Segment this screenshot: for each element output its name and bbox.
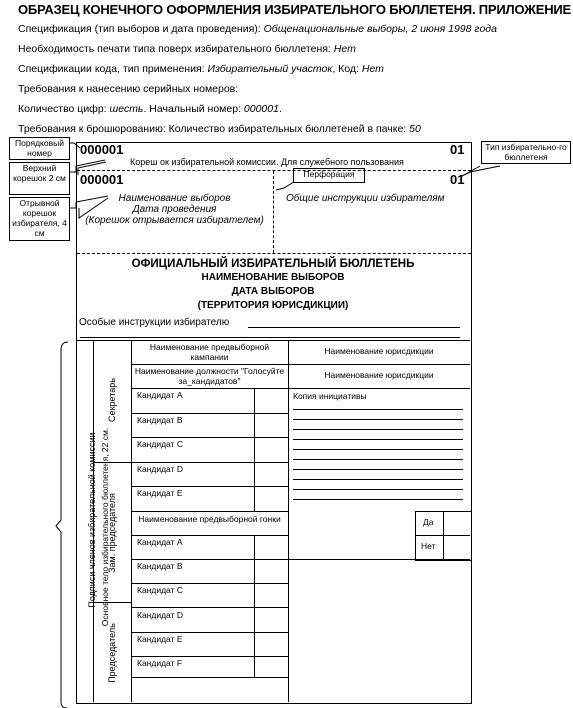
special-instructions-line-1[interactable] — [248, 327, 460, 328]
candidate-a-2: Кандидат A — [137, 537, 183, 547]
no-vote-box[interactable] — [444, 536, 470, 559]
candidate-e-2: Кандидат E — [137, 634, 183, 644]
ballot-type-top: 01 — [450, 142, 464, 157]
perforation-line-vertical — [273, 171, 274, 253]
spec-binding: Требования к брошюрованию: Количество из… — [18, 123, 421, 135]
grid-top — [77, 340, 470, 341]
stub-caption: Кореш ок избирательной комиссии. Для слу… — [130, 157, 404, 167]
ballot-heading: ОФИЦИАЛЬНЫЙ ИЗБИРАТЕЛЬНЫЙ БЮЛЛЕТЕНЬ НАИМ… — [76, 257, 470, 313]
candidate-b-2: Кандидат B — [137, 561, 183, 571]
candidate-d-2: Кандидат D — [137, 610, 183, 620]
special-instructions-line-2[interactable] — [80, 337, 460, 338]
ballot-type-stub: 01 — [450, 172, 464, 187]
campaign-name: Наименование предвыборной кампании — [131, 342, 288, 362]
role-deputy: Зам. председателя — [107, 483, 117, 583]
candidate-c-1: Кандидат C — [137, 439, 183, 449]
role-chair: Председатель — [107, 603, 117, 703]
special-instructions-label: Особые инструкции избирателю — [79, 317, 229, 328]
callout-top-stub: Верхний корешок 2 см — [9, 162, 70, 195]
race-name: Наименование предвыборной гонки — [131, 514, 288, 524]
spec-code: Спецификации кода, тип применения: Избир… — [18, 63, 384, 75]
grid-col-mid — [288, 340, 289, 702]
candidate-b-1: Кандидат B — [137, 415, 183, 425]
candidate-c-2: Кандидат C — [137, 585, 183, 595]
perforation-line-bottom — [77, 253, 471, 254]
perforation-line-top — [77, 170, 471, 171]
document-title: ОБРАЗЕЦ КОНЕЧНОГО ОФОРМЛЕНИЯ ИЗБИРАТЕЛЬН… — [18, 2, 573, 17]
spec-election-type: Спецификация (тип выборов и дата проведе… — [18, 23, 497, 35]
position-name: Наименование должности "Голосуйте за_кан… — [131, 366, 288, 386]
candidate-f-2: Кандидат F — [137, 658, 182, 668]
serial-number-top: 000001 — [80, 142, 123, 157]
callout-serial-number: Порядковый номер — [9, 137, 70, 160]
row-sep — [131, 388, 470, 389]
no-label: Нет — [421, 541, 435, 551]
signatures-label: Подписи членов избирательной комиссии — [87, 420, 97, 620]
general-instructions: Общие инструкции избирателям — [286, 193, 444, 204]
serial-number-stub: 000001 — [80, 172, 123, 187]
spec-digits: Количество цифр: шесть. Начальный номер:… — [18, 103, 282, 115]
candidate-e-1: Кандидат E — [137, 488, 183, 498]
stub-info: Наименование выборов Дата проведения (Ко… — [76, 193, 273, 226]
spec-serial-req: Требования к нанесению серийных номеров: — [18, 83, 238, 95]
candidate-d-1: Кандидат D — [137, 464, 183, 474]
ballot-frame — [76, 142, 472, 704]
initiative-copy-label: Копия инициативы — [293, 391, 367, 401]
vote-col-1 — [254, 388, 255, 512]
candidate-a-1: Кандидат A — [137, 390, 183, 400]
jurisdiction-name-1: Наименование юрисдикции — [288, 346, 470, 356]
yes-label: Да — [423, 517, 433, 527]
row-sep — [131, 364, 288, 365]
callout-ballot-type: Тип избирательно-го бюллетеня — [481, 141, 571, 164]
yes-vote-box[interactable] — [444, 512, 470, 535]
role-secretary: Секретарь — [107, 350, 117, 450]
callout-tear-stub: Отрывной корешок избирателя, 4 см — [9, 197, 70, 241]
jurisdiction-name-2: Наименование юрисдикции — [288, 370, 470, 380]
role-sep-1 — [93, 462, 131, 463]
spec-print-type: Необходимость печати типа поверх избират… — [18, 43, 356, 55]
